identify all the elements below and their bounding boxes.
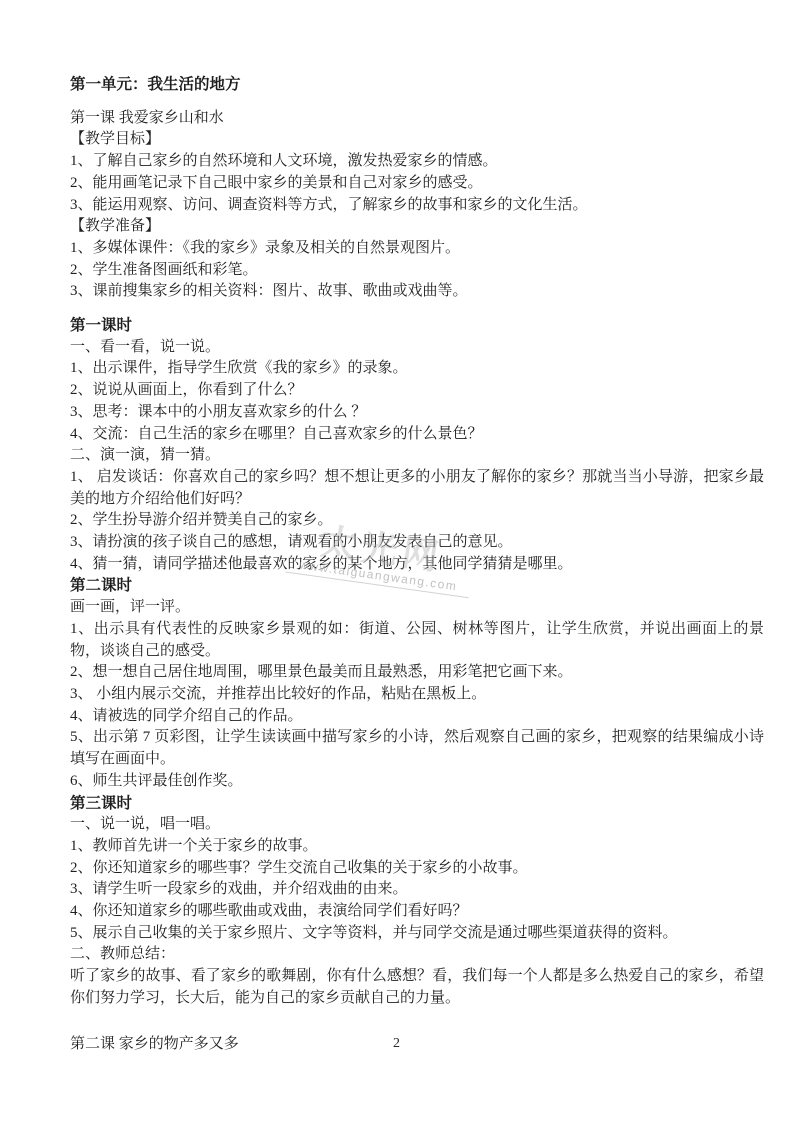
doc-paragraph: 1、出示具有代表性的反映家乡景观的如：街道、公园、树林等图片，让学生欣赏，并说出… [70, 619, 764, 662]
doc-paragraph: 1、 启发谈话：你喜欢自己的家乡吗？想不想让更多的小朋友了解你的家乡？那就当当小… [70, 467, 764, 510]
doc-heading: 第三课时 [70, 793, 764, 815]
document-page: 第一单元：我生活的地方第一课 我爱家乡山和水【教学目标】1、了解自己家乡的自然环… [0, 0, 793, 1122]
doc-paragraph: 2、能用画笔记录下自己眼中家乡的美景和自己对家乡的感受。 [70, 173, 764, 195]
doc-paragraph: 4、请被选的同学介绍自己的作品。 [70, 706, 764, 728]
blank-line [70, 1010, 764, 1022]
blank-line [70, 303, 764, 315]
doc-paragraph: 3、思考：课本中的小朋友喜欢家乡的什么 ？ [70, 402, 764, 424]
page-number: 2 [0, 1036, 793, 1052]
doc-paragraph: 2、学生扮导游介绍并赞美自己的家乡。 [70, 510, 764, 532]
doc-paragraph: 1、教师首先讲一个关于家乡的故事。 [70, 836, 764, 858]
doc-paragraph: 【教学准备】 [70, 216, 764, 238]
blank-line [70, 1022, 764, 1034]
doc-paragraph: 2、学生准备图画纸和彩笔。 [70, 260, 764, 282]
doc-paragraph: 3、课前搜集家乡的相关资料：图片、故事、歌曲或戏曲等。 [70, 281, 764, 303]
doc-paragraph: 5、展示自己收集的关于家乡照片、文字等资料，并与同学交流是通过哪些渠道获得的资料… [70, 923, 764, 945]
doc-paragraph: 1、了解自己家乡的自然环境和人文环境，激发热爱家乡的情感。 [70, 151, 764, 173]
doc-paragraph: 5、出示第 7 页彩图，让学生读读画中描写家乡的小诗，然后观察自己画的家乡，把观… [70, 727, 764, 770]
doc-paragraph: 【教学目标】 [70, 129, 764, 151]
doc-heading: 第一单元：我生活的地方 [70, 74, 764, 96]
doc-paragraph: 二、演一演，猜一猜。 [70, 445, 764, 467]
doc-paragraph: 3、请扮演的孩子谈自己的感想，请观看的小朋友发表自己的意见。 [70, 532, 764, 554]
doc-paragraph: 4、你还知道家乡的哪些歌曲或戏曲，表演给同学们看好吗？ [70, 901, 764, 923]
doc-paragraph: 2、说说从画面上，你看到了什么？ [70, 380, 764, 402]
doc-paragraph: 1、出示课件，指导学生欣赏《我的家乡》的录象。 [70, 358, 764, 380]
doc-paragraph: 第一课 我爱家乡山和水 [70, 108, 764, 130]
doc-paragraph: 3、请学生听一段家乡的戏曲，并介绍戏曲的由来。 [70, 879, 764, 901]
doc-paragraph: 2、想一想自己居住地周围，哪里景色最美而且最熟悉，用彩笔把它画下来。 [70, 662, 764, 684]
doc-paragraph: 一、说一说，唱一唱。 [70, 814, 764, 836]
doc-heading: 第二课时 [70, 575, 764, 597]
document-content: 第一单元：我生活的地方第一课 我爱家乡山和水【教学目标】1、了解自己家乡的自然环… [70, 74, 764, 1055]
doc-paragraph: 画一画，评一评。 [70, 597, 764, 619]
doc-paragraph: 1、多媒体课件：《我的家乡》录象及相关的自然景观图片。 [70, 238, 764, 260]
doc-paragraph: 一、看一看，说一说。 [70, 337, 764, 359]
blank-line [70, 96, 764, 108]
doc-paragraph: 二、教师总结： [70, 944, 764, 966]
doc-paragraph: 2、你还知道家乡的哪些事？学生交流自己收集的关于家乡的小故事。 [70, 858, 764, 880]
doc-paragraph: 听了家乡的故事、看了家乡的歌舞剧，你有什么感想？看，我们每一个人都是多么热爱自己… [70, 966, 764, 1009]
doc-paragraph: 4、猜一猜，请同学描述他最喜欢的家乡的某个地方，其他同学猜猜是哪里。 [70, 554, 764, 576]
doc-paragraph: 6、师生共评最佳创作奖。 [70, 771, 764, 793]
doc-paragraph: 4、交流：自己生活的家乡在哪里？自己喜欢家乡的什么景色？ [70, 424, 764, 446]
doc-heading: 第一课时 [70, 315, 764, 337]
doc-paragraph: 3、 小组内展示交流，并推荐出比较好的作品，粘贴在黑板上。 [70, 684, 764, 706]
doc-paragraph: 3、能运用观察、访问、调查资料等方式，了解家乡的故事和家乡的文化生活。 [70, 195, 764, 217]
